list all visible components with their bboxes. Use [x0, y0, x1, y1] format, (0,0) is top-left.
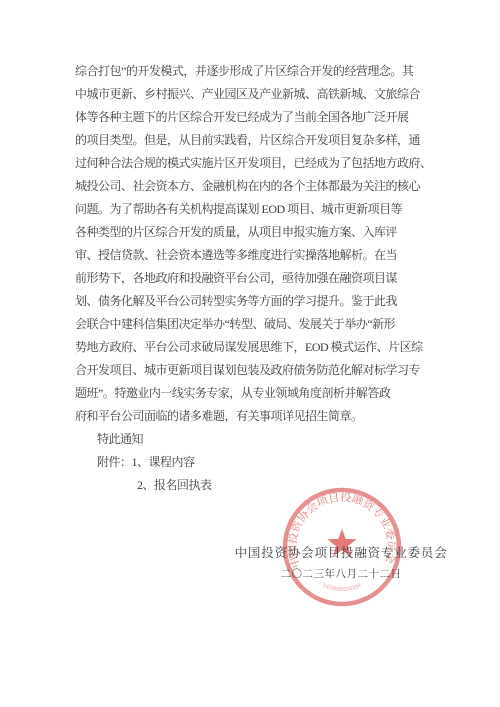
body-line: 中城市更新、乡村振兴、产业园区及产业新城、高铁新城、文旅综合 — [75, 83, 423, 106]
body-line: 问题。为了帮助各有关机构提高谋划 EOD 项目、城市更新项目等 — [75, 198, 423, 221]
document-page: 综合打包”的开发模式，并逐步形成了片区综合开发的经营理念。其 中城市更新、乡村振… — [0, 0, 500, 707]
body-line: 过何种合法合规的模式实施片区开发项目，已经成为了包括地方政府、 — [75, 152, 423, 175]
body-line: 势地方政府、平台公司求破局谋发展思维下，EOD 模式运作、片区综 — [75, 336, 423, 359]
body-line: 前形势下，各地政府和投融资平台公司，亟待加强在融资项目谋 — [75, 267, 423, 290]
body-line: 综合打包”的开发模式，并逐步形成了片区综合开发的经营理念。其 — [75, 60, 423, 83]
notice-body: 综合打包”的开发模式，并逐步形成了片区综合开发的经营理念。其 中城市更新、乡村振… — [75, 60, 423, 497]
closing-line: 特此通知 — [75, 428, 423, 451]
signature-organization: 中国投资协会项目投融资专业委员会 — [228, 543, 454, 561]
body-line: 合开发项目、城市更新项目谋划包装及政府债务防范化解对标学习专 — [75, 359, 423, 382]
body-line: 会联合中建科信集团决定举办“转型、破局、发展关于举办“新形 — [75, 313, 423, 336]
seal-serial-number: 5103000250334 — [322, 583, 362, 593]
body-line: 的项目类型。但是，从目前实践看，片区综合开发项目复杂多样，通 — [75, 129, 423, 152]
body-line: 划、债务化解及平台公司转型实务等方面的学习提升。鉴于此我 — [75, 290, 423, 313]
body-line: 题班”。特邀业内一线实务专家，从专业领域角度剖析并解答政 — [75, 382, 423, 405]
body-line: 各种类型的片区综合开发的质量，从项目申报实施方案、入库评 — [75, 221, 423, 244]
signature-date: 二〇二三年八月二十二日 — [228, 566, 454, 581]
attachment-line-1: 附件：1、课程内容 — [75, 451, 423, 474]
body-line: 审、授信贷款、社会资本遴选等多维度进行实操落地解析。在当 — [75, 244, 423, 267]
body-line: 体等各种主题下的片区综合开发已经成为了当前全国各地广泛开展 — [75, 106, 423, 129]
body-line: 府和平台公司面临的诸多难题，有关事项详见招生简章。 — [75, 405, 423, 428]
body-line: 城投公司、社会资本方、金融机构在内的各个主体都最为关注的核心 — [75, 175, 423, 198]
